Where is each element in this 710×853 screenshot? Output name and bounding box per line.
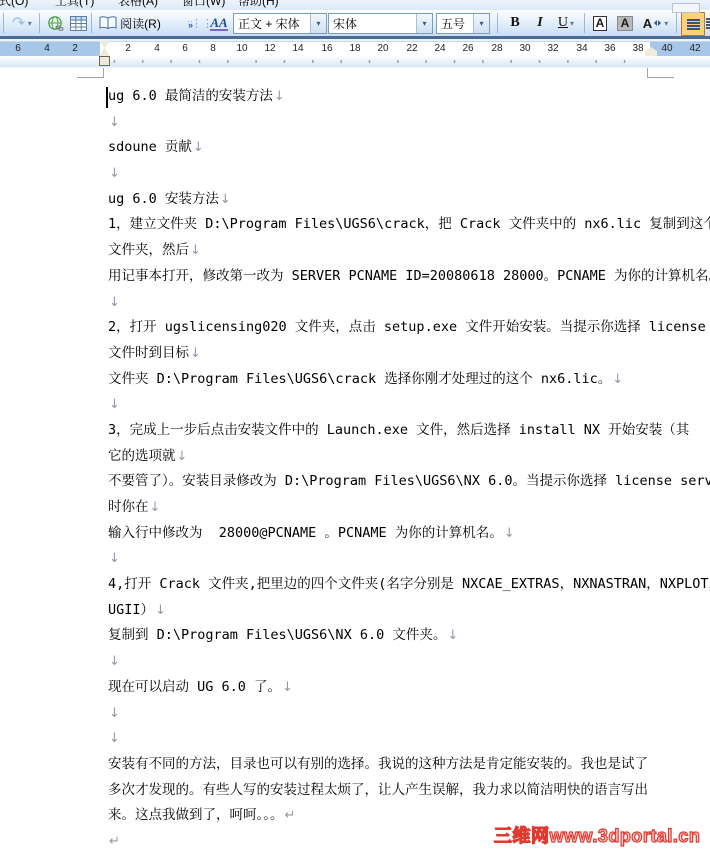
doc-line: 时你在↓ <box>0 495 710 521</box>
doc-line: 文件时到目标↓ <box>0 341 710 367</box>
underline-icon: U <box>558 15 568 31</box>
ruler-number: 10 <box>232 43 252 54</box>
ruler-number: 2 <box>118 43 138 54</box>
doc-line-text: 不要管了）。安装目录修改为 D:\Program Files\UGS6\NX 6… <box>108 473 710 489</box>
toolbar-separator <box>39 13 40 33</box>
word-window: { "menu": { "items": [ {"label": "格式(O)"… <box>0 0 710 853</box>
font-value: 宋体 <box>329 14 416 33</box>
doc-line: ↓ <box>0 392 710 418</box>
doc-line-text: 复制到 D:\Program Files\UGS6\NX 6.0 文件夹。 <box>108 627 446 643</box>
doc-line: 1，建立文件夹 D:\Program Files\UGS6\crack，把 Cr… <box>0 212 710 238</box>
bold-button[interactable]: B <box>503 12 527 34</box>
menu-window[interactable]: 窗口(W) <box>182 0 225 9</box>
ruler-number: 26 <box>458 43 478 54</box>
window-fragment <box>672 3 700 13</box>
doc-line: ug 6.0 最简洁的安装方法↓ <box>0 84 710 110</box>
menu-format[interactable]: 格式(O) <box>0 0 28 9</box>
doc-line-text: UGII） <box>108 602 154 618</box>
doc-line: 复制到 D:\Program Files\UGS6\NX 6.0 文件夹。↓ <box>0 623 710 649</box>
ruler-number: 32 <box>543 43 563 54</box>
ruler-number: 34 <box>572 43 592 54</box>
italic-icon: I <box>537 15 542 31</box>
scale-arrows-icon <box>653 19 662 28</box>
doc-line: 4,打开 Crack 文件夹,把里边的四个文件夹(名字分别是 NXCAE_EXT… <box>0 572 710 598</box>
paragraph-mark: ↓ <box>192 140 204 155</box>
paragraph-mark: ↓ <box>281 680 293 695</box>
undo-icon: ↶ <box>12 13 25 33</box>
ruler-number: 12 <box>260 43 280 54</box>
bold-icon: B <box>510 15 519 31</box>
character-scaling-button[interactable]: A ▾ <box>639 12 672 34</box>
doc-line-text: 3，完成上一步后点击安装文件中的 Launch.exe 文件，然后选择 inst… <box>108 422 689 438</box>
chevron-down-icon: ▾ <box>479 19 483 28</box>
paragraph-mark: ↓ <box>273 89 285 104</box>
doc-line: ↓ <box>0 701 710 727</box>
doc-line-text: 4,打开 Crack 文件夹,把里边的四个文件夹(名字分别是 NXCAE_EXT… <box>108 576 710 592</box>
doc-line: 文件夹 D:\Program Files\UGS6\crack 选择你刚才处理过… <box>0 367 710 393</box>
paragraph-mark: ↓ <box>108 115 120 130</box>
doc-line: sdoune 贡献↓ <box>0 135 710 161</box>
styles-icon: A <box>219 16 228 31</box>
site-watermark: 三维网www.3dportal.cn <box>494 822 700 848</box>
insert-table-button[interactable] <box>67 12 89 34</box>
character-shading-icon: A <box>617 16 634 31</box>
doc-line-text: ug 6.0 安装方法 <box>108 191 219 207</box>
doc-line: ↓ <box>0 290 710 316</box>
ruler-margin-number: 2 <box>65 43 85 54</box>
menu-tools[interactable]: 工具(T) <box>55 0 94 9</box>
ruler-ticks <box>100 56 650 67</box>
paragraph-mark: ↵ <box>284 808 296 823</box>
font-size-dropdown-button[interactable]: ▾ <box>473 14 489 33</box>
paragraph-mark: ↓ <box>176 449 188 464</box>
ruler-number: 22 <box>402 43 422 54</box>
doc-line-text: 文件时到目标 <box>108 345 189 361</box>
character-border-icon: A <box>593 16 608 31</box>
doc-line-text: 安装有不同的方法，目录也可以有别的选择。我说的这种方法是肯定能安装的。我也是试了 <box>108 756 648 772</box>
reading-layout-button[interactable]: 阅读(R) <box>96 12 164 34</box>
justify-button-selected[interactable] <box>681 12 705 36</box>
doc-line-text: 输入行中修改为 28000@PCNAME 。PCNAME 为你的计算机名。 <box>108 525 503 541</box>
justify-icon <box>687 19 700 30</box>
toolbar-separator <box>3 13 4 33</box>
ruler-number: 36 <box>600 43 620 54</box>
chevron-down-icon: ▾ <box>422 19 426 28</box>
ruler-margin-number: 6 <box>8 43 28 54</box>
doc-line: 3，完成上一步后点击安装文件中的 Launch.exe 文件，然后选择 inst… <box>0 418 710 444</box>
doc-line-text: 它的选项就 <box>108 448 176 464</box>
italic-button[interactable]: I <box>529 12 551 34</box>
ruler-number: 20 <box>373 43 393 54</box>
doc-line: 输入行中修改为 28000@PCNAME 。PCNAME 为你的计算机名。↓ <box>0 521 710 547</box>
character-scaling-icon: A <box>643 16 652 31</box>
toolbar-drag-handle[interactable]: ⋮⋮ <box>198 12 206 34</box>
paragraph-mark: ↵ <box>108 834 120 849</box>
left-indent-marker[interactable] <box>99 56 110 66</box>
paragraph-mark: ↓ <box>503 526 515 541</box>
toolbar-separator <box>497 13 498 33</box>
doc-line-text: 来。这点我做到了，呵呵。。。 <box>108 807 284 823</box>
doc-line: ug 6.0 安装方法↓ <box>0 187 710 213</box>
paragraph-mark: ↓ <box>108 551 120 566</box>
paragraph-mark <box>648 757 649 772</box>
doc-line: 现在可以启动 UG 6.0 了。↓ <box>0 675 710 701</box>
character-border-button[interactable]: A <box>589 12 611 34</box>
menu-bar: 格式(O) 工具(T) 表格(A) 窗口(W) 帮助(H) <box>0 0 710 10</box>
style-value: 正文 + 宋体 <box>234 14 310 33</box>
toolbar-bottom-edge <box>0 36 710 39</box>
formatting-toolbar: ↶ ▾ 阅读(R) .. » ⋮ <box>0 10 710 36</box>
ruler-number: 42 <box>685 43 705 54</box>
paragraph-mark <box>648 783 649 798</box>
doc-line: 用记事本打开，修改第一改为 SERVER PCNAME ID=20080618 … <box>0 264 710 290</box>
paragraph-mark: ↓ <box>108 295 120 310</box>
ruler-number: 30 <box>515 43 535 54</box>
document-page[interactable]: ug 6.0 最简洁的安装方法↓ ↓ sdoune 贡献↓ ↓ ug 6.0 安… <box>0 68 710 853</box>
align-icon <box>706 18 710 29</box>
doc-line: ↓ <box>0 161 710 187</box>
font-size-combobox[interactable]: 五号 ▾ <box>436 13 490 34</box>
style-combobox[interactable]: 正文 + 宋体 ▾ <box>233 13 327 34</box>
ruler-number: 28 <box>487 43 507 54</box>
menu-table[interactable]: 表格(A) <box>118 0 158 9</box>
ruler-margin-number: 4 <box>37 43 57 54</box>
paragraph-mark: ↓ <box>108 166 120 181</box>
ruler-number: 18 <box>345 43 365 54</box>
chevron-down-icon: ▾ <box>316 19 320 28</box>
doc-line: 不要管了）。安装目录修改为 D:\Program Files\UGS6\NX 6… <box>0 469 710 495</box>
margin-crop-mark <box>77 77 104 78</box>
toolbar-separator <box>676 13 677 33</box>
doc-line-text: 2，打开 ugslicensing020 文件夹，点击 setup.exe 文件… <box>108 319 706 335</box>
ruler-number: 6 <box>175 43 195 54</box>
toolbar-separator <box>584 13 585 33</box>
paragraph-mark <box>689 423 690 438</box>
toolbar-separator <box>91 13 92 33</box>
doc-line-text: 现在可以启动 UG 6.0 了。 <box>108 679 281 695</box>
doc-line: UGII）↓ <box>0 598 710 624</box>
ruler-number: 40 <box>657 43 677 54</box>
ruler-number: 8 <box>203 43 223 54</box>
doc-line-text: 文件夹 D:\Program Files\UGS6\crack 选择你刚才处理过… <box>108 371 611 387</box>
doc-line: 多次才发现的。有些人写的安装过程太烦了，让人产生误解，我力求以简洁明快的语言写出 <box>0 778 710 804</box>
doc-line: 安装有不同的方法，目录也可以有别的选择。我说的这种方法是肯定能安装的。我也是试了 <box>0 752 710 778</box>
doc-line: ↓ <box>0 649 710 675</box>
insert-hyperlink-button[interactable] <box>44 12 66 34</box>
paragraph-mark: ↓ <box>108 706 120 721</box>
font-size-value: 五号 <box>437 14 473 33</box>
table-icon <box>70 16 87 31</box>
doc-line: ↓ <box>0 546 710 572</box>
doc-line-text: 1，建立文件夹 D:\Program Files\UGS6\crack，把 Cr… <box>108 216 710 232</box>
paragraph-mark: ↓ <box>219 192 231 207</box>
styles-and-formatting-button[interactable]: A A <box>207 12 231 34</box>
character-shading-button[interactable]: A <box>614 12 636 34</box>
paragraph-mark: ↓ <box>189 243 201 258</box>
paragraph-mark: ↓ <box>446 628 458 643</box>
paragraph-mark: ↓ <box>611 372 623 387</box>
paragraph-mark: ↓ <box>108 731 120 746</box>
doc-line-text: 文件夹，然后 <box>108 242 189 258</box>
paragraph-mark <box>706 320 707 335</box>
globe-link-icon <box>47 15 64 32</box>
paragraph-mark: ↓ <box>189 346 201 361</box>
doc-line: 文件夹，然后↓ <box>0 238 710 264</box>
style-dropdown-button[interactable]: ▾ <box>310 14 326 33</box>
font-combobox[interactable]: 宋体 ▾ <box>328 13 433 34</box>
ruler-number: 14 <box>288 43 308 54</box>
ruler-number: 4 <box>147 43 167 54</box>
doc-line-text: 用记事本打开，修改第一改为 SERVER PCNAME ID=20080618 … <box>108 268 710 284</box>
text-cursor <box>106 87 108 108</box>
reading-layout-label: 阅读(R) <box>120 15 161 32</box>
styles-icon: A <box>210 16 219 31</box>
document-text: ug 6.0 最简洁的安装方法↓ ↓ sdoune 贡献↓ ↓ ug 6.0 安… <box>0 84 710 853</box>
doc-line: ↓ <box>0 726 710 752</box>
open-book-icon <box>99 16 117 30</box>
paragraph-mark: ↓ <box>108 654 120 669</box>
doc-line-text: sdoune 贡献 <box>108 139 192 155</box>
horizontal-ruler: 6 4 2 2 4 6 8 10 12 14 16 18 20 22 24 26… <box>0 39 710 68</box>
paragraph-mark: ↓ <box>149 500 161 515</box>
doc-line: 2，打开 ugslicensing020 文件夹，点击 setup.exe 文件… <box>0 315 710 341</box>
menu-help[interactable]: 帮助(H) <box>238 0 279 9</box>
ruler-number: 24 <box>430 43 450 54</box>
doc-line: ↓ <box>0 110 710 136</box>
undo-dropdown-icon[interactable]: ▾ <box>28 19 32 28</box>
paragraph-mark: ↓ <box>154 603 166 618</box>
undo-button[interactable]: ↶ ▾ <box>8 12 36 34</box>
doc-line-text: 时你在 <box>108 499 149 515</box>
underline-dropdown-icon[interactable]: ▾ <box>570 19 574 28</box>
scaling-dropdown-icon[interactable]: ▾ <box>664 19 668 28</box>
doc-line-text: 多次才发现的。有些人写的安装过程太烦了，让人产生误解，我力求以简洁明快的语言写出 <box>108 782 648 798</box>
doc-line: 它的选项就↓ <box>0 444 710 470</box>
ruler-number: 16 <box>317 43 337 54</box>
underline-button[interactable]: U ▾ <box>551 12 581 34</box>
margin-crop-mark <box>647 77 674 78</box>
font-dropdown-button[interactable]: ▾ <box>416 14 432 33</box>
align-button-clipped[interactable] <box>706 12 710 34</box>
paragraph-mark: ↓ <box>108 397 120 412</box>
doc-line-text: ug 6.0 最简洁的安装方法 <box>108 88 273 104</box>
